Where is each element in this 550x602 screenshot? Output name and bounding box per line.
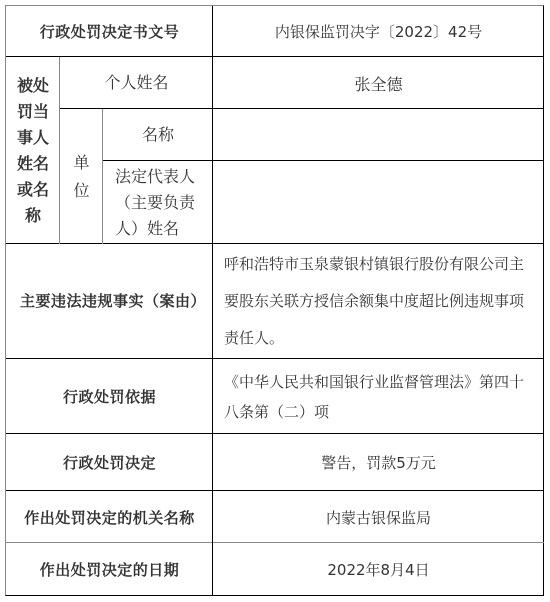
row-divider <box>6 433 544 434</box>
doc-number-label: 行政处罚决定书文号 <box>6 6 213 57</box>
basis-value: 《中华人民共和国银行业监督管理法》第四十八条第（二）项 <box>213 359 544 434</box>
party-side-label: 被处罚当事人姓名或名称 <box>6 57 60 244</box>
row-divider <box>6 243 544 244</box>
date-label: 作出处罚决定的日期 <box>6 543 213 596</box>
unit-name-value <box>213 109 544 161</box>
legal-rep-label: 法定代表人（主要负责人）姓名 <box>103 161 213 244</box>
penalty-decision-table: 行政处罚决定书文号 内银保监罚决字〔2022〕42号 被处罚当事人姓名或名称 个… <box>5 5 544 596</box>
column-divider <box>212 6 213 596</box>
column-divider <box>102 109 103 244</box>
party-side-label-text: 被处罚当事人姓名或名称 <box>15 73 51 229</box>
column-divider <box>59 57 60 244</box>
violation-label: 主要违法违规事实（案由） <box>6 244 213 359</box>
legal-rep-label-text: 法定代表人（主要负责人）姓名 <box>115 164 201 242</box>
authority-value: 内蒙古银保监局 <box>213 491 544 543</box>
individual-name-label: 个人姓名 <box>60 57 213 109</box>
row-divider <box>6 56 544 57</box>
violation-value: 呼和浩特市玉泉蒙银村镇银行股份有限公司主要股东关联方授信余额集中度超比例违规事项… <box>213 244 544 359</box>
decision-value: 警告，罚款5万元 <box>213 434 544 491</box>
basis-label: 行政处罚依据 <box>6 359 213 434</box>
doc-number-value: 内银保监罚决字〔2022〕42号 <box>213 6 544 57</box>
individual-name-value: 张全德 <box>213 57 544 109</box>
legal-rep-value <box>213 161 544 244</box>
decision-label: 行政处罚决定 <box>6 434 213 491</box>
unit-name-label: 名称 <box>103 109 213 161</box>
row-divider <box>60 108 544 109</box>
row-divider <box>6 542 544 543</box>
unit-label-text: 单位 <box>73 149 91 205</box>
unit-label: 单位 <box>60 109 103 244</box>
date-value: 2022年8月4日 <box>213 543 544 596</box>
row-divider <box>6 490 544 491</box>
authority-label: 作出处罚决定的机关名称 <box>6 491 213 543</box>
row-divider <box>103 160 544 161</box>
row-divider <box>6 358 544 359</box>
